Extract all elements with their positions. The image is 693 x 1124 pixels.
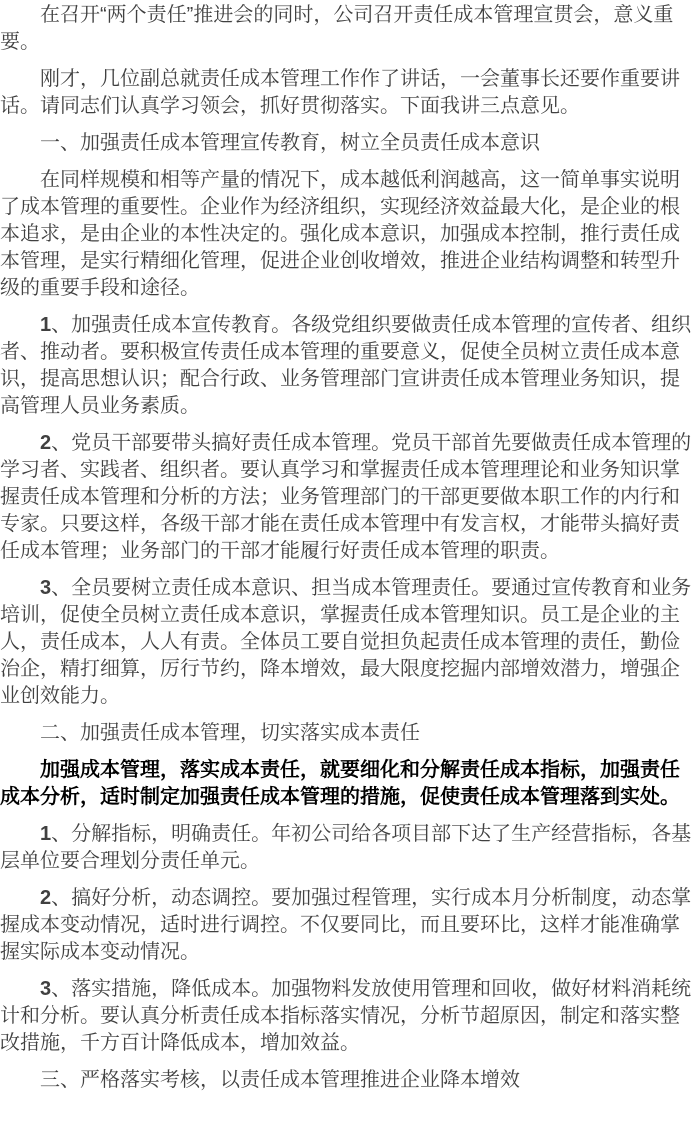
paragraph-text: 、党员干部要带头搞好责任成本管理。党员干部首先要做责任成本管理的学习者、实践者、… <box>0 432 691 562</box>
paragraph-number: 3 <box>40 577 51 599</box>
paragraph: 在同样规模和相等产量的情况下，成本越低利润越高，这一简单事实说明了成本管理的重要… <box>0 167 693 302</box>
paragraph-text: 、加强责任成本宣传教育。各级党组织要做责任成本管理的宣传者、组织者、推动者。要积… <box>0 314 691 417</box>
numbered-paragraph: 1、加强责任成本宣传教育。各级党组织要做责任成本管理的宣传者、组织者、推动者。要… <box>0 312 693 420</box>
paragraph-number: 1 <box>40 823 51 845</box>
bold-paragraph: 加强成本管理，落实成本责任，就要细化和分解责任成本指标，加强责任成本分析，适时制… <box>0 757 693 811</box>
paragraph-text: 、全员要树立责任成本意识、担当成本管理责任。要通过宣传教育和业务培训，促使全员树… <box>0 577 691 707</box>
paragraph-number: 3 <box>40 978 51 1000</box>
paragraph-text: 、落实措施，降低成本。加强物料发放使用管理和回收，做好材料消耗统计和分析。要认真… <box>0 978 691 1054</box>
numbered-paragraph: 1、分解指标，明确责任。年初公司给各项目部下达了生产经营指标，各基层单位要合理划… <box>0 821 693 875</box>
paragraph-number: 2 <box>40 887 51 909</box>
section-heading: 二、加强责任成本管理，切实落实成本责任 <box>0 720 693 747</box>
paragraph: 刚才，几位副总就责任成本管理工作作了讲话，一会董事长还要作重要讲话。请同志们认真… <box>0 66 693 120</box>
section-heading: 三、严格落实考核，以责任成本管理推进企业降本增效 <box>0 1067 693 1094</box>
paragraph: 在召开“两个责任”推进会的同时，公司召开责任成本管理宣贯会，意义重要。 <box>0 2 693 56</box>
document-body: 在召开“两个责任”推进会的同时，公司召开责任成本管理宣贯会，意义重要。 刚才，几… <box>0 0 693 1124</box>
numbered-paragraph: 3、落实措施，降低成本。加强物料发放使用管理和回收，做好材料消耗统计和分析。要认… <box>0 976 693 1057</box>
paragraph-text: 、搞好分析，动态调控。要加强过程管理，实行成本月分析制度，动态掌握成本变动情况，… <box>0 887 691 963</box>
paragraph-text: 、分解指标，明确责任。年初公司给各项目部下达了生产经营指标，各基层单位要合理划分… <box>0 823 691 872</box>
numbered-paragraph: 2、党员干部要带头搞好责任成本管理。党员干部首先要做责任成本管理的学习者、实践者… <box>0 430 693 565</box>
numbered-paragraph: 3、全员要树立责任成本意识、担当成本管理责任。要通过宣传教育和业务培训，促使全员… <box>0 575 693 710</box>
section-heading: 一、加强责任成本管理宣传教育，树立全员责任成本意识 <box>0 130 693 157</box>
paragraph-number: 1 <box>40 314 51 336</box>
paragraph-number: 2 <box>40 432 51 454</box>
numbered-paragraph: 2、搞好分析，动态调控。要加强过程管理，实行成本月分析制度，动态掌握成本变动情况… <box>0 885 693 966</box>
